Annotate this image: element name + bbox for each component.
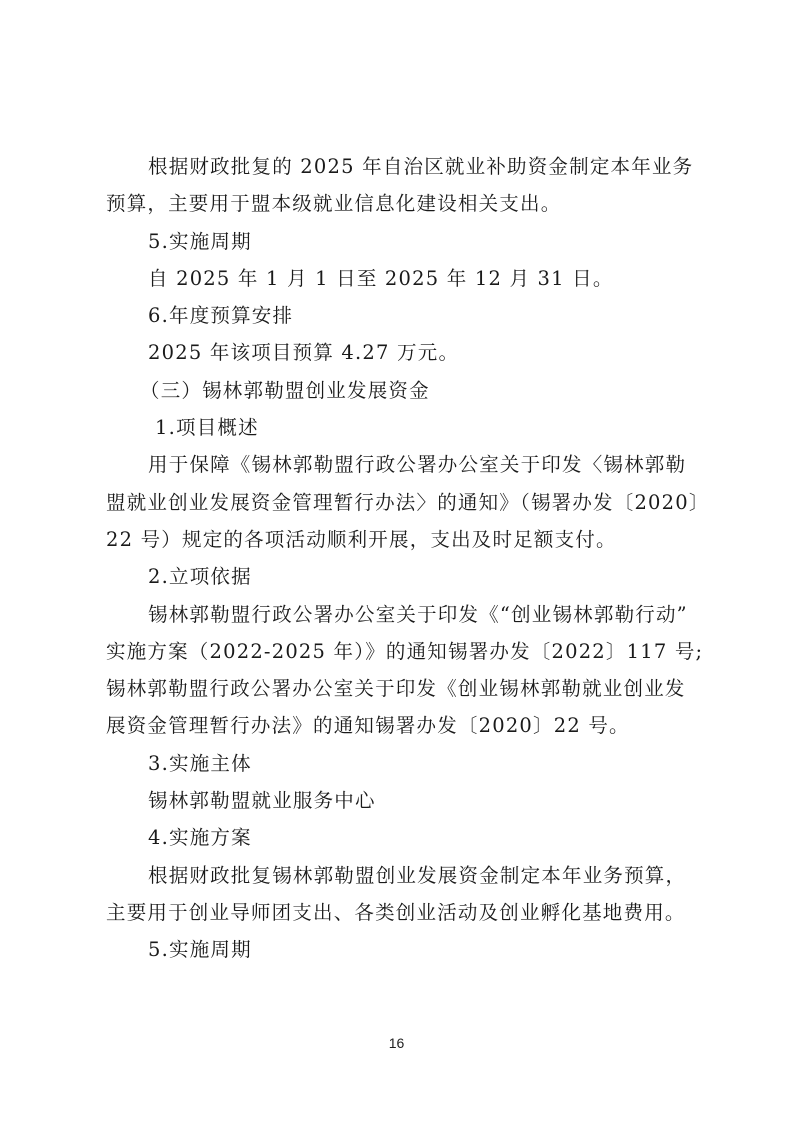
paragraph-line: 盟就业创业发展资金管理暂行办法〉的通知》（锡署办发〔2020〕 — [106, 484, 696, 521]
paragraph-line: 根据财政批复的 2025 年自治区就业补助资金制定本年业务 — [106, 148, 696, 185]
section-heading: 5.实施周期 — [106, 223, 696, 260]
paragraph-line: 展资金管理暂行办法》的通知锡署办发〔2020〕22 号。 — [106, 707, 696, 744]
section-heading: 6.年度预算安排 — [106, 297, 696, 334]
document-page: 根据财政批复的 2025 年自治区就业补助资金制定本年业务 预算，主要用于盟本级… — [0, 0, 793, 1122]
section-heading: 4.实施方案 — [106, 819, 696, 856]
paragraph-line: 根据财政批复锡林郭勒盟创业发展资金制定本年业务预算， — [106, 857, 696, 894]
paragraph-line: 22 号）规定的各项活动顺利开展，支出及时足额支付。 — [106, 521, 696, 558]
paragraph-line: 主要用于创业导师团支出、各类创业活动及创业孵化基地费用。 — [106, 894, 696, 931]
section-heading: 3.实施主体 — [106, 745, 696, 782]
page-number: 16 — [0, 1035, 793, 1051]
document-body: 根据财政批复的 2025 年自治区就业补助资金制定本年业务 预算，主要用于盟本级… — [106, 148, 696, 969]
section-heading: 5.实施周期 — [106, 931, 696, 968]
section-heading: 2.立项依据 — [106, 558, 696, 595]
paragraph-line: 预算，主要用于盟本级就业信息化建设相关支出。 — [106, 185, 696, 222]
paragraph-line: 锡林郭勒盟就业服务中心 — [106, 782, 696, 819]
paragraph-line: 实施方案（2022-2025 年）》的通知锡署办发〔2022〕117 号; — [106, 633, 696, 670]
paragraph-line: 用于保障《锡林郭勒盟行政公署办公室关于印发〈锡林郭勒 — [106, 446, 696, 483]
paragraph-line: 锡林郭勒盟行政公署办公室关于印发《“创业锡林郭勒行动” — [106, 596, 696, 633]
section-heading: 1.项目概述 — [106, 409, 696, 446]
paragraph-line: 锡林郭勒盟行政公署办公室关于印发《创业锡林郭勒就业创业发 — [106, 670, 696, 707]
paragraph-line: 自 2025 年 1 月 1 日至 2025 年 12 月 31 日。 — [106, 260, 696, 297]
chapter-heading: （三）锡林郭勒盟创业发展资金 — [106, 372, 696, 409]
paragraph-line: 2025 年该项目预算 4.27 万元。 — [106, 334, 696, 371]
